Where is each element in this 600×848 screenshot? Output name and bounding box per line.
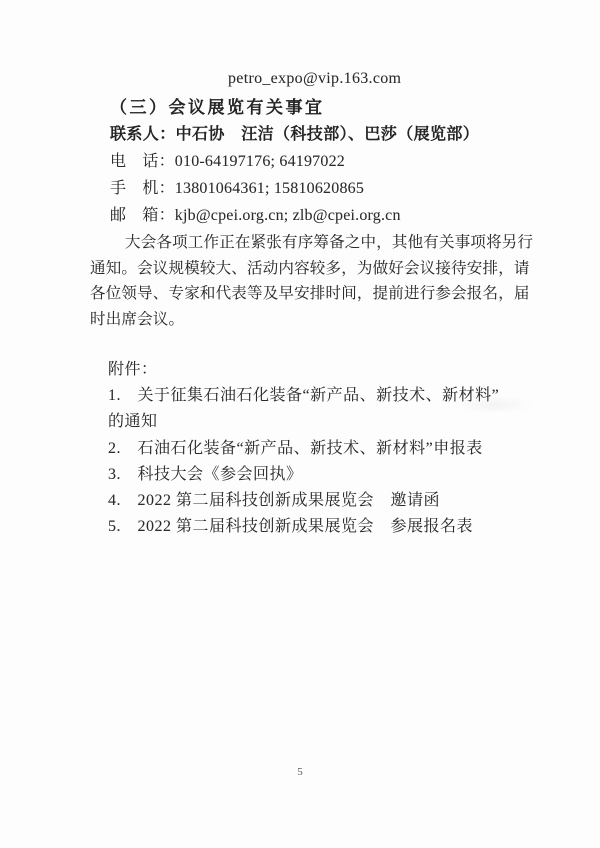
text-line: 电 话：010-64197176; 64197022: [110, 148, 520, 175]
text-line: 4. 2022 第二届科技创新成果展览会 邀请函: [108, 488, 520, 514]
attachment-lines: 1. 关于征集石油石化装备“新产品、新技术、新材料”的通知2. 石油石化装备“新…: [108, 383, 520, 540]
text-line: 各位领导、专家和代表等及早安排时间，提前进行参会报名，届: [90, 281, 524, 307]
email-address: petro_expo@vip.163.com: [228, 70, 401, 88]
text-line: 邮 箱：kjb@cpei.org.cn; zlb@cpei.org.cn: [110, 202, 520, 229]
text-line: 时出席会议。: [90, 307, 524, 333]
attachments-section: 附件： 1. 关于征集石油石化装备“新产品、新技术、新材料”的通知2. 石油石化…: [108, 357, 520, 540]
contact-lines: 联系人：中石协 汪洁（科技部）、巴莎（展览部）电 话：010-64197176;…: [110, 121, 520, 229]
text-line: 1. 关于征集石油石化装备“新产品、新技术、新材料”: [108, 383, 520, 409]
text-line: 3. 科技大会《参会回执》: [108, 462, 520, 488]
text-line: 大会各项工作正在紧张有序筹备之中，其他有关事项将另行: [90, 230, 524, 256]
text-line: 联系人：中石协 汪洁（科技部）、巴莎（展览部）: [110, 121, 520, 148]
document-page: petro_expo@vip.163.com （三）会议展览有关事宜 联系人：中…: [0, 0, 600, 848]
page-number: 5: [0, 766, 600, 778]
text-line: 5. 2022 第二届科技创新成果展览会 参展报名表: [108, 514, 520, 540]
body-paragraph: 大会各项工作正在紧张有序筹备之中，其他有关事项将另行通知。会议规模较大、活动内容…: [90, 230, 524, 333]
attachments-label: 附件：: [108, 357, 520, 383]
text-line: 的通知: [108, 409, 520, 435]
contact-section: （三）会议展览有关事宜 联系人：中石协 汪洁（科技部）、巴莎（展览部）电 话：0…: [110, 94, 520, 229]
text-line: 手 机：13801064361; 15810620865: [110, 175, 520, 202]
text-line: 2. 石油石化装备“新产品、新技术、新材料”申报表: [108, 436, 520, 462]
text-line: 通知。会议规模较大、活动内容较多，为做好会议接待安排，请: [90, 256, 524, 282]
section-heading: （三）会议展览有关事宜: [110, 94, 520, 121]
